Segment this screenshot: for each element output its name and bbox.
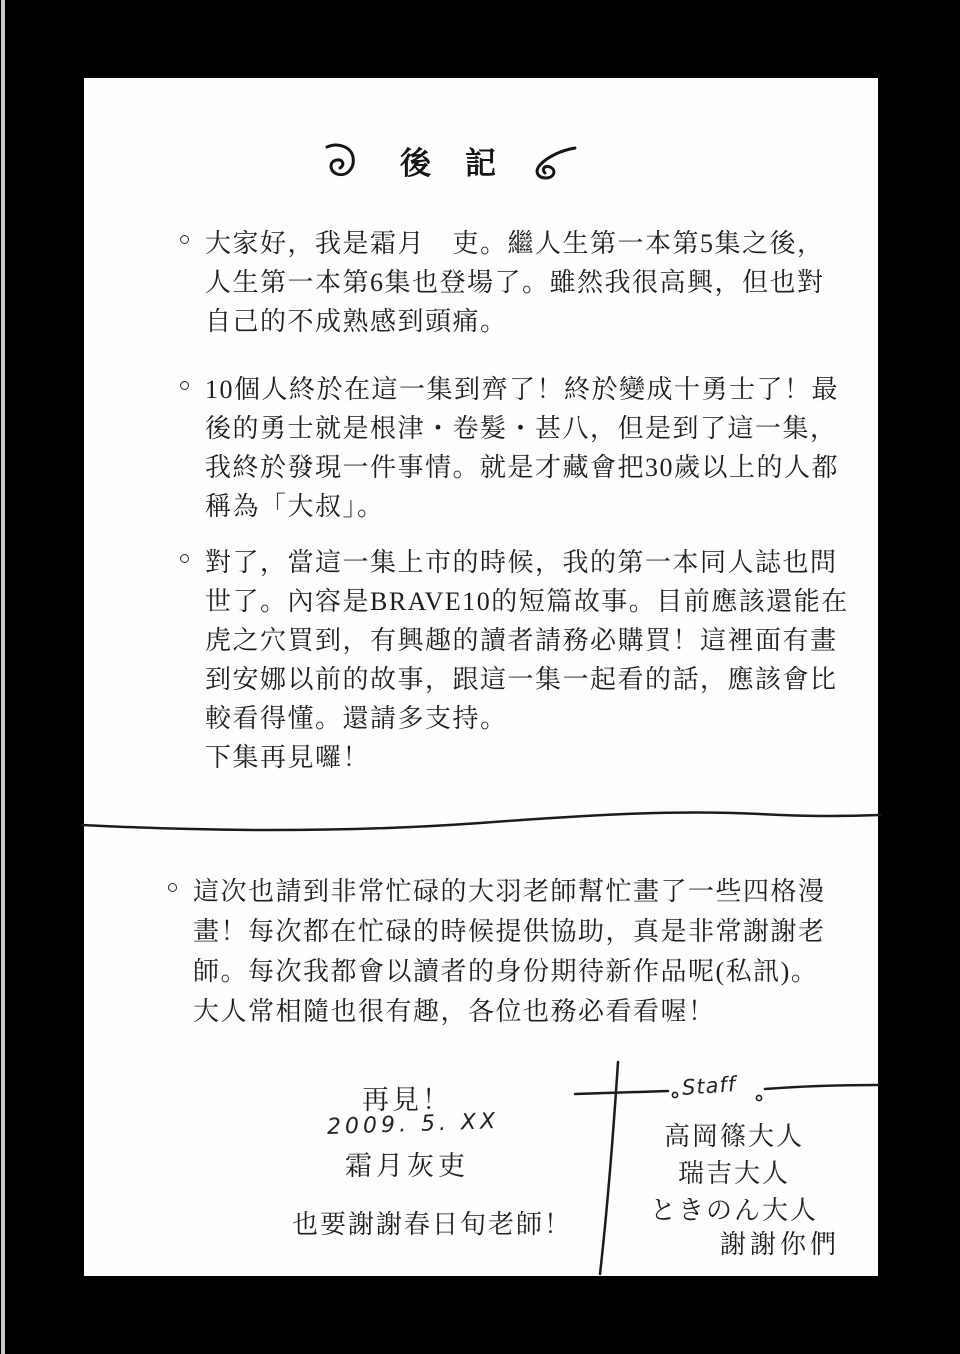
scanned-afterword-screenshot: { "title": "後記", "paragraphs": [ { "line… bbox=[0, 0, 960, 1354]
paragraph-line: 到安娜以前的故事，跟這一集一起看的話，應該會比 bbox=[205, 660, 849, 699]
paragraph-line: 師。每次我都會以讀者的身份期待新作品呢(私訊)。 bbox=[193, 952, 826, 992]
paragraph: 10個人終於在這一集到齊了！終於變成十勇士了！最 後的勇士就是根津・卷髮・甚八，… bbox=[180, 370, 839, 526]
paragraph: 對了，當這一集上市的時候，我的第一本同人誌也問 世了。內容是BRAVE10的短篇… bbox=[180, 543, 849, 777]
paragraph-line: 對了，當這一集上市的時候，我的第一本同人誌也問 bbox=[205, 543, 849, 582]
staff-thanks: 謝謝你們 bbox=[720, 1224, 840, 1261]
staff-member: 瑞吉大人 bbox=[604, 1155, 864, 1192]
paragraph-line: 大家好，我是霜月 吏。繼人生第一本第5集之後， bbox=[205, 224, 825, 263]
paragraph-line: 虎之穴買到，有興趣的讀者請務必購買！這裡面有畫 bbox=[205, 621, 849, 660]
paragraph-line: 後的勇士就是根津・卷髮・甚八，但是到了這一集， bbox=[205, 409, 839, 448]
closing-line: 下集再見囉！ bbox=[205, 738, 849, 777]
paragraph-line: 這次也請到非常忙碌的大羽老師幫忙畫了一些四格漫 bbox=[193, 872, 826, 912]
paragraph-line: 10個人終於在這一集到齊了！終於變成十勇士了！最 bbox=[205, 370, 839, 409]
paragraph-line: 自己的不成熟感到頭痛。 bbox=[205, 302, 825, 341]
paragraph-line: 畫！每次都在忙碌的時候提供協助，真是非常謝謝老 bbox=[193, 912, 826, 952]
scan-edge-sliver bbox=[1, 0, 5, 1354]
author-signature: 霜月灰吏 bbox=[345, 1144, 469, 1183]
staff-list: 高岡篠大人 瑞吉大人 ときのん大人 bbox=[604, 1118, 864, 1229]
extra-thanks: 也要謝謝春日旬老師！ bbox=[292, 1204, 572, 1241]
paragraph: 這次也請到非常忙碌的大羽老師幫忙畫了一些四格漫 畫！每次都在忙碌的時候提供協助，… bbox=[168, 872, 826, 1032]
dot-ornament-icon bbox=[756, 1095, 761, 1100]
paragraph: 大家好，我是霜月 吏。繼人生第一本第5集之後， 人生第一本第6集也登場了。雖然我… bbox=[180, 224, 825, 341]
paragraph-line: 稱為「大叔」。 bbox=[205, 487, 839, 526]
paragraph-line: 大人常相隨也很有趣，各位也務必看看喔！ bbox=[193, 992, 826, 1032]
bullet-circle-icon bbox=[180, 554, 189, 563]
paragraph-line: 較看得懂。還請多支持。 bbox=[205, 699, 849, 738]
staff-member: 高岡篠大人 bbox=[604, 1118, 864, 1155]
afterword-page: 後記 大家好，我是霜月 吏。繼人生第一本第5集之後， 人生第一本第6集也登場了。… bbox=[84, 78, 878, 1276]
swirl-ornament-right-icon bbox=[534, 146, 578, 182]
swirl-ornament-left-icon bbox=[324, 142, 358, 192]
paragraph-line: 我終於發現一件事情。就是才藏會把30歲以上的人都 bbox=[205, 448, 839, 487]
section-divider bbox=[80, 806, 882, 846]
staff-label: Staff bbox=[681, 1072, 737, 1100]
date-handwritten: 2009. 5. XX bbox=[327, 1109, 500, 1140]
paragraph-line: 人生第一本第6集也登場了。雖然我很高興，但也對 bbox=[205, 263, 825, 302]
dot-ornament-icon bbox=[672, 1092, 677, 1097]
bullet-circle-icon bbox=[180, 381, 189, 390]
paragraph-line: 世了。內容是BRAVE10的短篇故事。目前應該還能在 bbox=[205, 582, 849, 621]
bullet-circle-icon bbox=[168, 883, 177, 892]
bullet-circle-icon bbox=[180, 235, 189, 244]
page-title: 後記 bbox=[400, 138, 530, 183]
